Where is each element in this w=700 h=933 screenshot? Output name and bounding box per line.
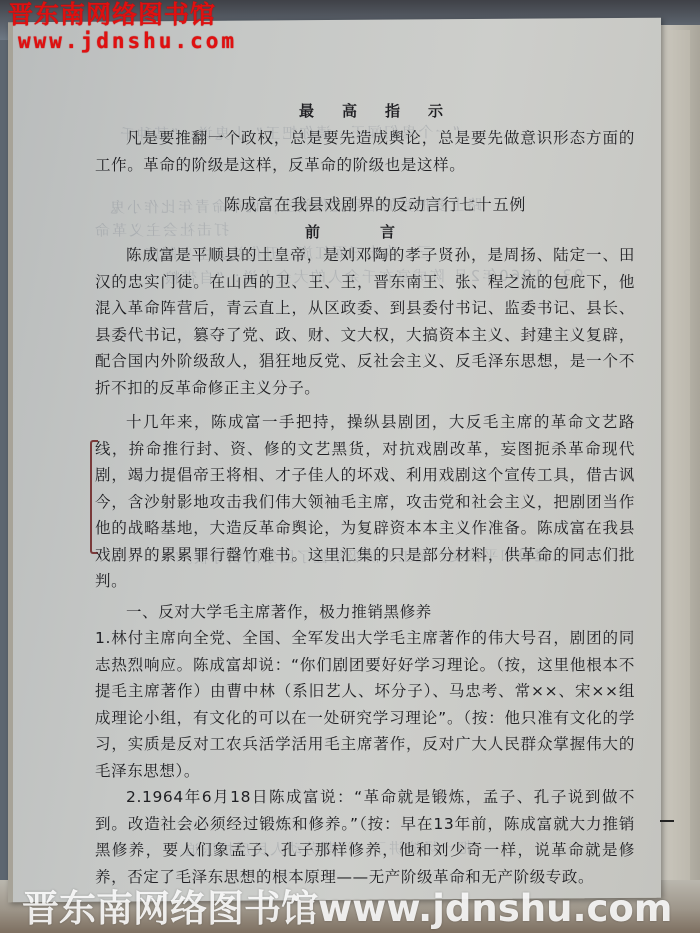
margin-mark xyxy=(660,820,674,822)
list-item: 1.林付主席向全党、全国、全军发出大学毛主席著作的伟大号召，剧团的同志热烈响应。… xyxy=(95,625,635,784)
watermark-site-name: 晋东南网络图书馆 xyxy=(8,2,237,28)
watermark-top: 晋东南网络图书馆 www.jdnshu.com xyxy=(8,2,237,54)
watermark-bottom: 晋东南网络图书馆www.jdnshu.com xyxy=(22,887,672,931)
paragraph: 十几年来，陈成富一手把持，操纵县剧团，大反毛主席的革命文艺路线，拚命推行封、资、… xyxy=(95,409,635,595)
document-content: 最高指示 凡是要推翻一个政权，总是要先造成舆论，总是要先做意识形态方面的工作。革… xyxy=(95,100,635,890)
document-title: 陈成富在我县戏剧界的反动言行七十五例 xyxy=(115,192,635,215)
section-title: 前言 xyxy=(125,221,635,242)
list-item: 2.1964年6月18日陈成富说：“革命就是锻炼，孟子、孔子说到做不到。改造社会… xyxy=(95,784,635,890)
watermark-url: www.jdnshu.com xyxy=(18,28,237,54)
item-heading: 一、反对大学毛主席著作，极力推销黑修养 xyxy=(95,599,635,626)
quote-heading: 最高指示 xyxy=(135,100,635,121)
quote-text: 凡是要推翻一个政权，总是要先造成舆论，总是要先做意识形态方面的工作。革命的阶级是… xyxy=(95,125,635,178)
paragraph: 陈成富是平顺县的土皇帝，是刘邓陶的孝子贤孙，是周扬、陆定一、田汉的忠实门徒。在山… xyxy=(95,242,635,401)
